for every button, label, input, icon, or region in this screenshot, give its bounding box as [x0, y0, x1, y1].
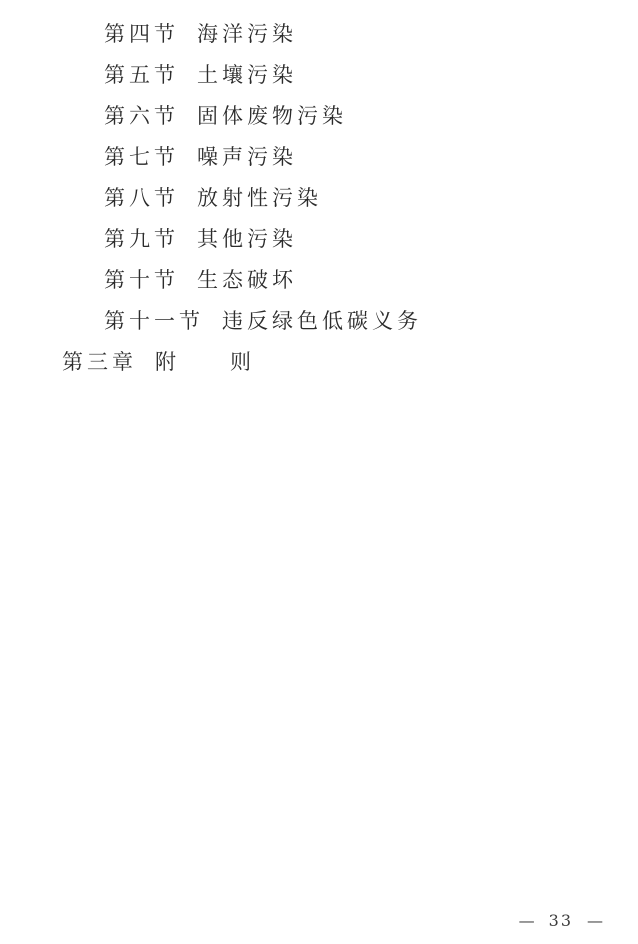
footer-right-dash: —: [587, 911, 603, 930]
footer-left-dash: —: [519, 911, 535, 930]
toc-entry-title: 土壤污染: [197, 59, 297, 89]
toc-line: 第九节 其他污染: [0, 217, 638, 258]
toc-line: 第八节 放射性污染: [0, 176, 638, 217]
toc-entry-title: 违反绿色低碳义务: [222, 305, 422, 335]
toc-entry-title: 固体废物污染: [197, 100, 347, 130]
page-number: 33: [549, 911, 573, 930]
toc-entry-label: 第十节: [104, 264, 179, 294]
toc-line: 第四节 海洋污染: [0, 12, 638, 53]
toc-entry-title: 噪声污染: [197, 141, 297, 171]
toc-entry-title: 附 则: [155, 346, 255, 376]
toc-line: 第五节 土壤污染: [0, 53, 638, 94]
table-of-contents: 第四节 海洋污染 第五节 土壤污染 第六节 固体废物污染 第七节 噪声污染 第八…: [0, 0, 638, 381]
toc-line: 第六节 固体废物污染: [0, 94, 638, 135]
toc-entry-label: 第九节: [104, 223, 179, 253]
toc-line: 第十节 生态破坏: [0, 258, 638, 299]
toc-entry-label: 第八节: [104, 182, 179, 212]
toc-line: 第十一节 违反绿色低碳义务: [0, 299, 638, 340]
toc-entry-label: 第七节: [104, 141, 179, 171]
toc-entry-label: 第十一节: [104, 305, 204, 335]
toc-entry-label: 第三章: [62, 346, 137, 376]
toc-entry-title: 生态破坏: [197, 264, 297, 294]
document-page: 第四节 海洋污染 第五节 土壤污染 第六节 固体废物污染 第七节 噪声污染 第八…: [0, 0, 638, 944]
toc-line: 第七节 噪声污染: [0, 135, 638, 176]
toc-entry-label: 第四节: [104, 18, 179, 48]
toc-entry-title: 其他污染: [197, 223, 297, 253]
page-footer: — 33 —: [512, 911, 610, 930]
toc-entry-title: 海洋污染: [197, 18, 297, 48]
toc-entry-label: 第六节: [104, 100, 179, 130]
toc-line: 第三章 附 则: [0, 340, 638, 381]
toc-entry-label: 第五节: [104, 59, 179, 89]
toc-entry-title: 放射性污染: [197, 182, 322, 212]
